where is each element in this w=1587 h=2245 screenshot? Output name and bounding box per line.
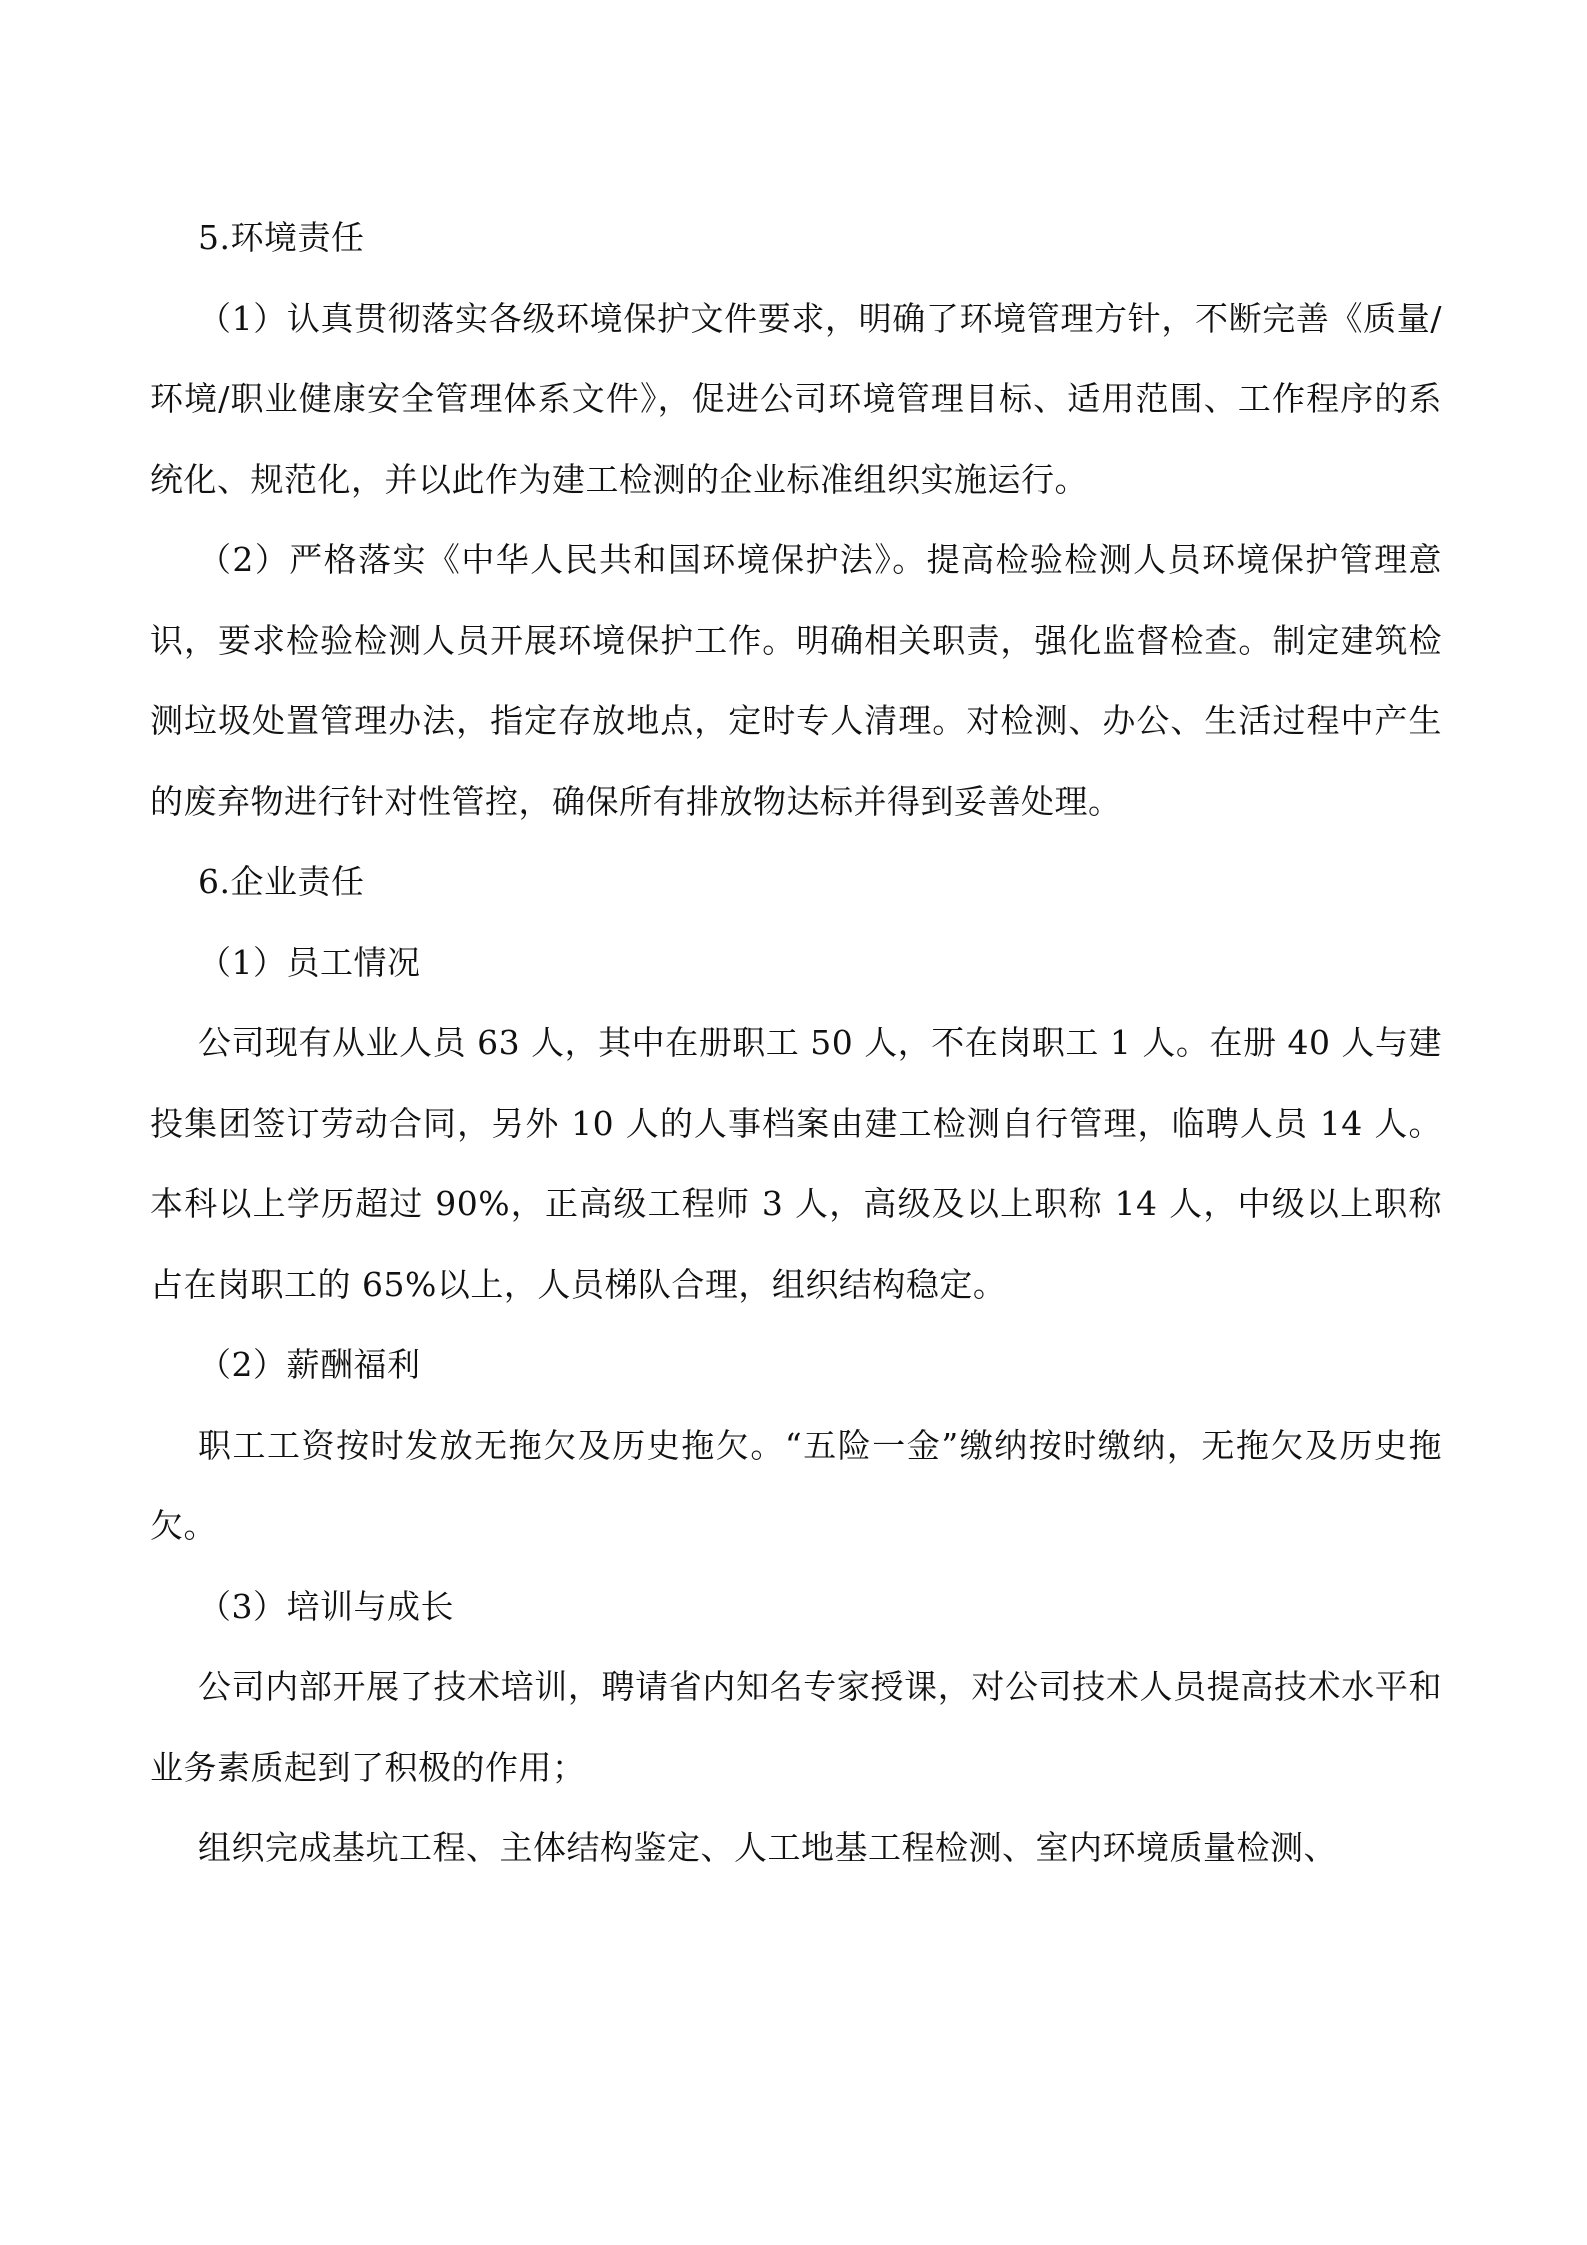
paragraph-training-1: 公司内部开展了技术培训，聘请省内知名专家授课，对公司技术人员提高技术水平和业务素… — [150, 1647, 1442, 1808]
paragraph-environment-1: （1）认真贯彻落实各级环境保护文件要求，明确了环境管理方针，不断完善《质量/环境… — [150, 279, 1442, 521]
subsection-heading-staff: （1）员工情况 — [150, 923, 1442, 1004]
paragraph-training-2: 组织完成基坑工程、主体结构鉴定、人工地基工程检测、室内环境质量检测、 — [150, 1808, 1442, 1889]
document-page: 5.环境责任 （1）认真贯彻落实各级环境保护文件要求，明确了环境管理方针，不断完… — [150, 198, 1442, 1889]
paragraph-compensation: 职工工资按时发放无拖欠及历史拖欠。“五险一金”缴纳按时缴纳，无拖欠及历史拖欠。 — [150, 1406, 1442, 1567]
section-heading-environment: 5.环境责任 — [150, 198, 1442, 279]
paragraph-staff: 公司现有从业人员 63 人，其中在册职工 50 人，不在岗职工 1 人。在册 4… — [150, 1003, 1442, 1325]
paragraph-environment-2: （2）严格落实《中华人民共和国环境保护法》。提高检验检测人员环境保护管理意识，要… — [150, 520, 1442, 842]
section-heading-enterprise: 6.企业责任 — [150, 842, 1442, 923]
subsection-heading-compensation: （2）薪酬福利 — [150, 1325, 1442, 1406]
subsection-heading-training: （3）培训与成长 — [150, 1567, 1442, 1648]
